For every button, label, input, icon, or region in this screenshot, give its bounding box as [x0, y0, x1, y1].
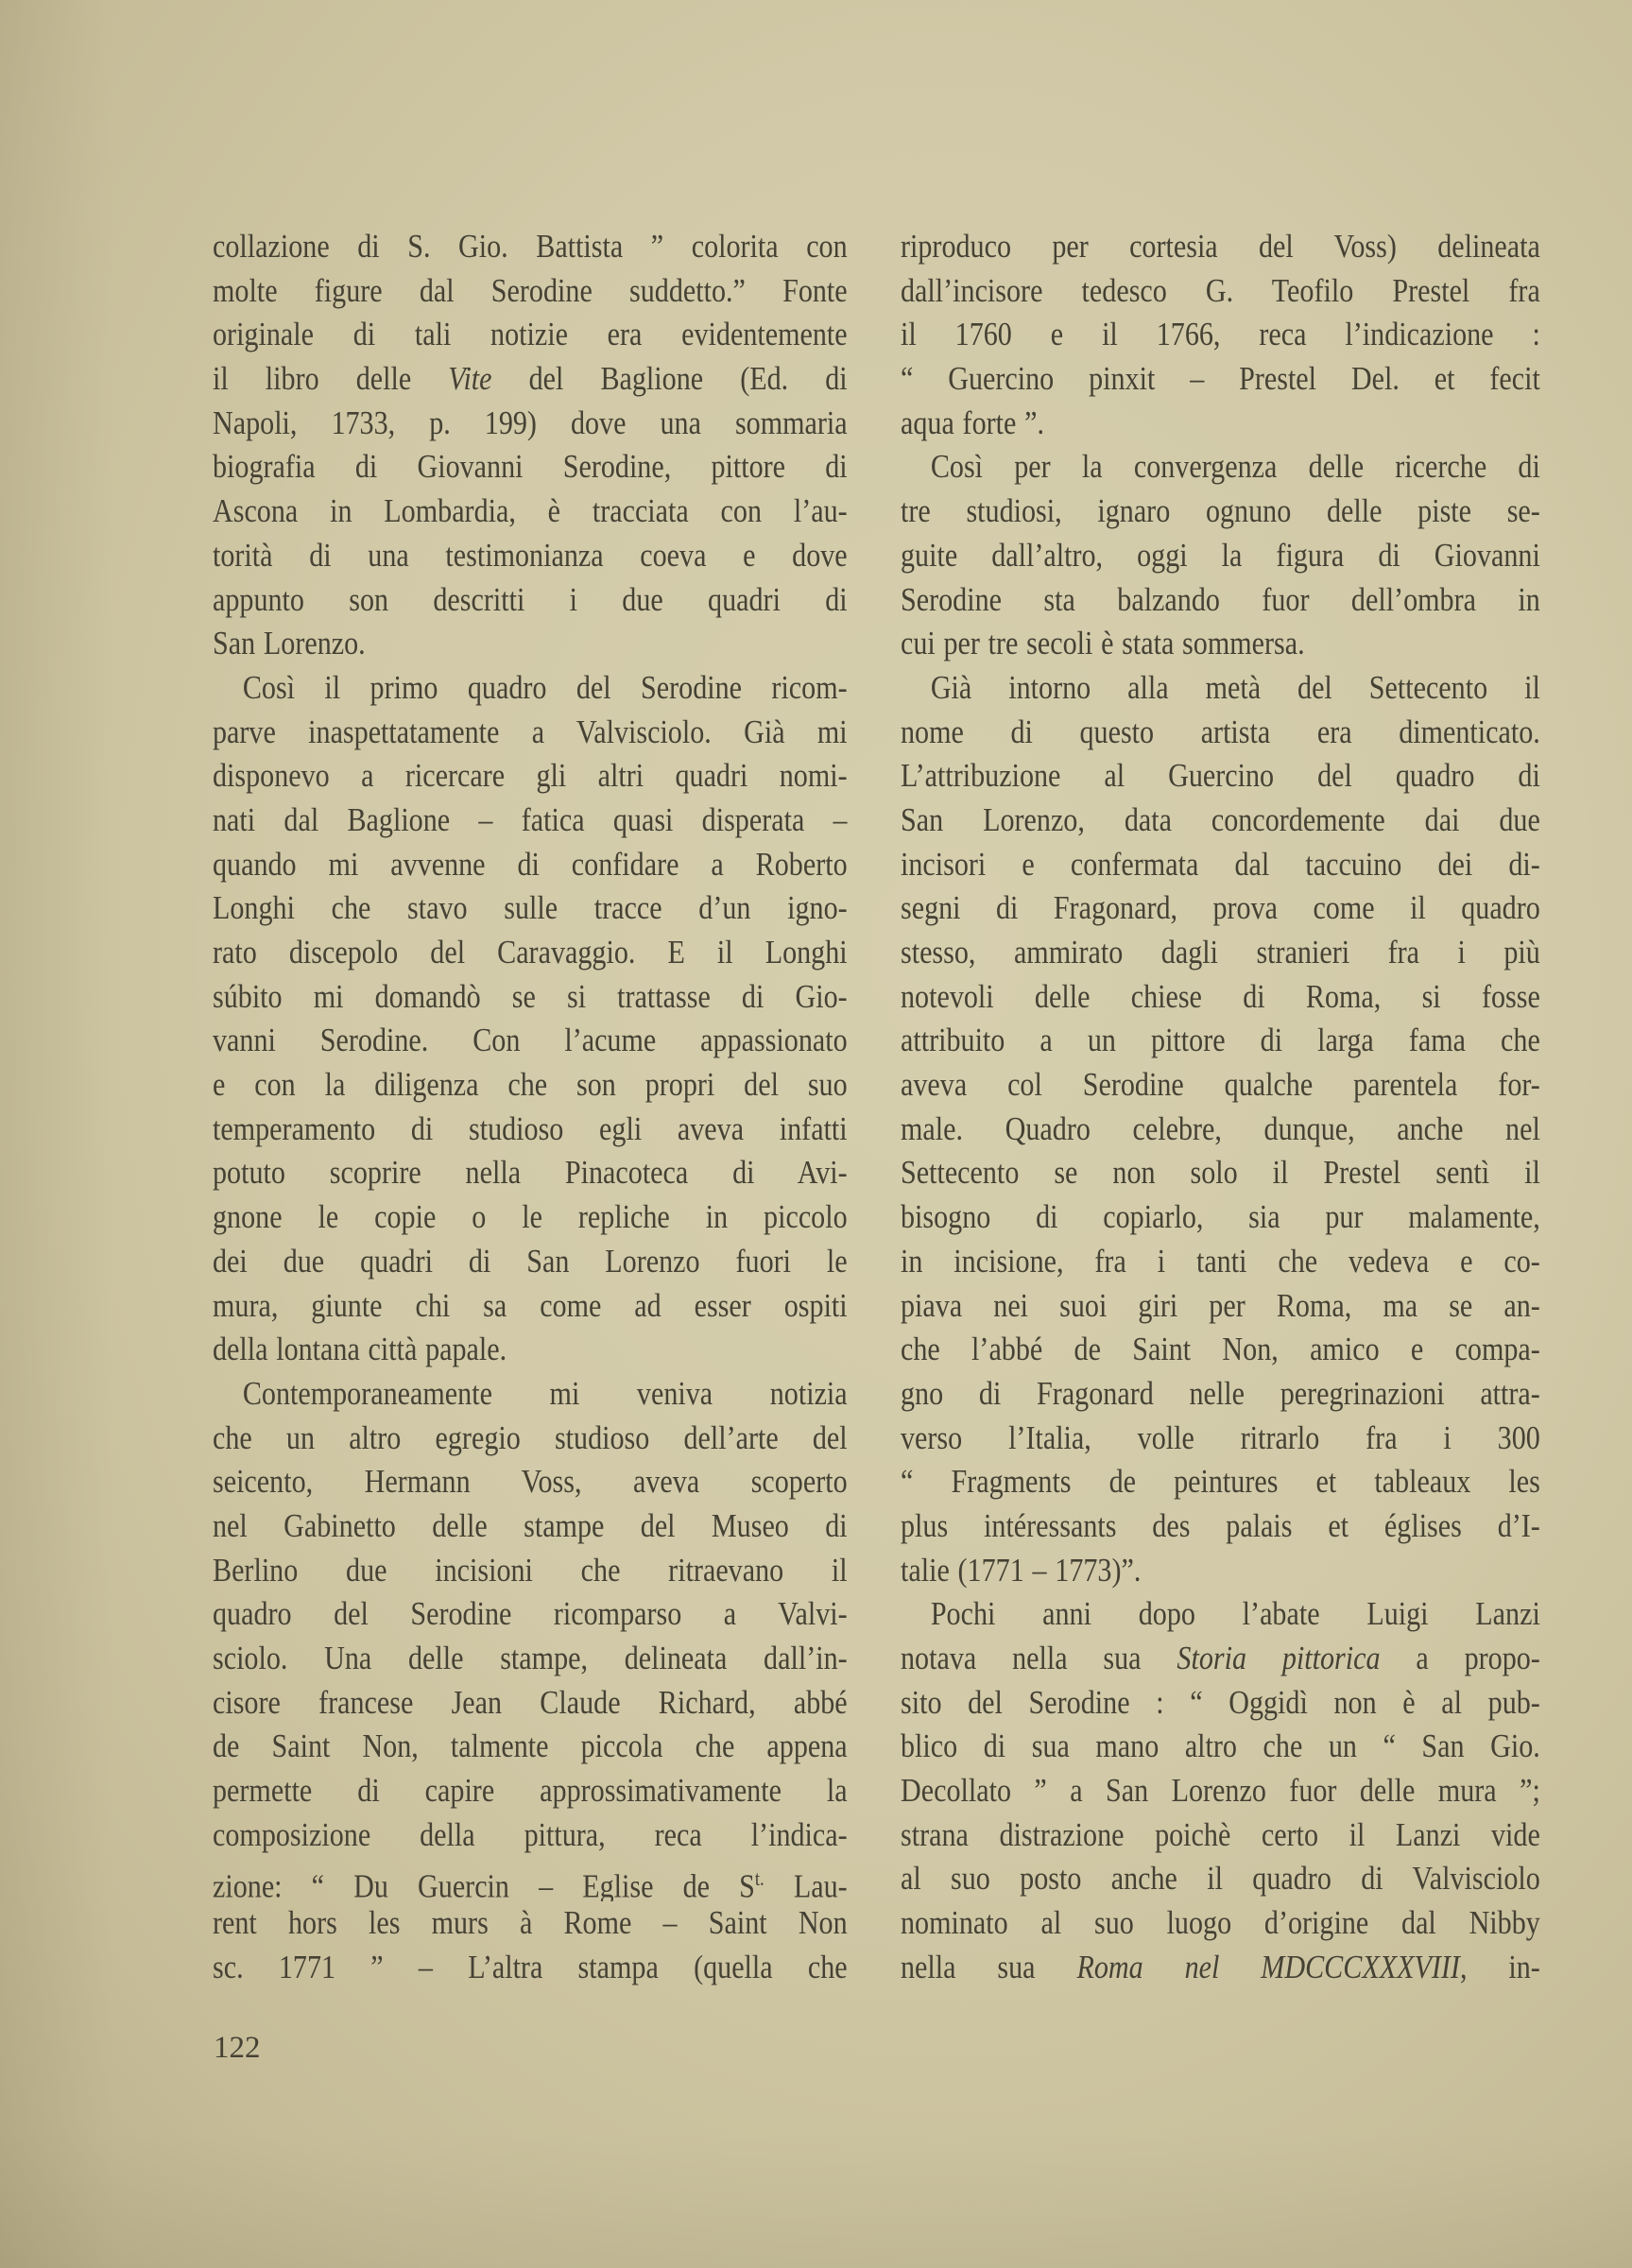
text-line: piava nei suoi giri per Roma, ma se an-	[901, 1284, 1540, 1329]
text-line: gno di Fragonard nelle peregrinazioni at…	[901, 1372, 1540, 1417]
italic-text: Storia pittorica	[1177, 1640, 1380, 1676]
text-line: sito del Serodine : “ Oggidì non è al pu…	[901, 1681, 1540, 1726]
body-text: Contemporaneamente mi veniva notizia	[243, 1375, 848, 1412]
body-text: Napoli, 1733, p. 199) dove una sommaria	[213, 404, 848, 441]
text-line: Longhi che stavo sulle tracce d’un igno-	[213, 886, 848, 931]
book-page: collazione di S. Gio. Battista ” colorit…	[0, 0, 1632, 2268]
text-line: riproduco per cortesia del Voss) delinea…	[901, 225, 1540, 269]
body-text: attribuito a un pittore di larga fama ch…	[901, 1022, 1540, 1058]
page-number: 122	[214, 2031, 261, 2066]
body-text: dei due quadri di San Lorenzo fuori le	[213, 1243, 848, 1280]
text-line: nel Gabinetto delle stampe del Museo di	[213, 1504, 848, 1549]
body-text: che un altro egregio studioso dell’arte …	[213, 1419, 848, 1456]
text-line: il libro delle Vite del Baglione (Ed. di	[213, 357, 848, 402]
body-text: zione: “ Du Guercin – Eglise de S	[213, 1868, 755, 1901]
body-text: quando mi avvenne di confidare a Roberto	[213, 846, 848, 883]
body-text: sc. 1771 ” – L’altra stampa (quella che	[213, 1949, 848, 1985]
text-line: zione: “ Du Guercin – Eglise de St. Lau-	[213, 1857, 848, 1901]
superscript-text: t.	[755, 1867, 764, 1890]
body-text: Ascona in Lombardia, è tracciata con l’a…	[213, 492, 848, 529]
body-text: “ Guercino pinxit – Prestel Del. et feci…	[901, 360, 1540, 397]
text-line: originale di tali notizie era evidenteme…	[213, 313, 848, 357]
text-line: torità di una testimonianza coeva e dove	[213, 534, 848, 578]
body-text: , in-	[1460, 1949, 1540, 1985]
body-text: in incisione, fra i tanti che vedeva e c…	[901, 1243, 1540, 1280]
text-line: San Lorenzo.	[213, 622, 848, 666]
text-line: rato discepolo del Caravaggio. E il Long…	[213, 931, 848, 975]
text-line: notava nella sua Storia pittorica a prop…	[901, 1637, 1540, 1681]
body-text: San Lorenzo.	[213, 625, 366, 661]
text-line: rent hors les murs à Rome – Saint Non	[213, 1901, 848, 1946]
text-line: quando mi avvenne di confidare a Roberto	[213, 843, 848, 887]
text-line: gnone le copie o le repliche in piccolo	[213, 1195, 848, 1240]
text-line: biografia di Giovanni Serodine, pittore …	[213, 445, 848, 490]
body-text: tre studiosi, ignaro ognuno delle piste …	[901, 492, 1540, 529]
body-text: parve inaspettatamente a Valvisciolo. Gi…	[213, 713, 848, 750]
text-line: aveva col Serodine qualche parentela for…	[901, 1063, 1540, 1108]
text-line: e con la diligenza che son propri del su…	[213, 1063, 848, 1108]
body-text: mura, giunte chi sa come ad esser ospiti	[213, 1287, 848, 1324]
text-line: al suo posto anche il quadro di Valvisci…	[901, 1857, 1540, 1901]
body-text: Settecento se non solo il Prestel sentì …	[901, 1154, 1540, 1191]
text-line: dei due quadri di San Lorenzo fuori le	[213, 1240, 848, 1284]
text-line: strana distrazione poichè certo il Lanzi…	[901, 1813, 1540, 1858]
body-text: dall’incisore tedesco G. Teofilo Prestel…	[901, 272, 1540, 309]
body-text: Serodine sta balzando fuor dell’ombra in	[901, 581, 1540, 618]
body-text: a propo-	[1381, 1640, 1540, 1676]
text-line: plus intéressants des palais et églises …	[901, 1504, 1540, 1549]
body-text: riproduco per cortesia del Voss) delinea…	[901, 228, 1540, 265]
body-text: seicento, Hermann Voss, aveva scoperto	[213, 1463, 848, 1500]
body-text: della lontana città papale.	[213, 1331, 507, 1367]
text-line: Serodine sta balzando fuor dell’ombra in	[901, 578, 1540, 623]
text-line: quadro del Serodine ricomparso a Valvi-	[213, 1592, 848, 1637]
italic-text: Vite	[448, 360, 491, 397]
text-line: talie (1771 – 1773)”.	[901, 1549, 1540, 1593]
text-line: che un altro egregio studioso dell’arte …	[213, 1417, 848, 1461]
text-line: Contemporaneamente mi veniva notizia	[213, 1372, 848, 1417]
body-text: “ Fragments de peintures et tableaux les	[901, 1463, 1540, 1500]
body-text: verso l’Italia, volle ritrarlo fra i 300	[901, 1419, 1540, 1456]
body-text: gnone le copie o le repliche in piccolo	[213, 1198, 848, 1235]
text-line: molte figure dal Serodine suddetto.” Fon…	[213, 269, 848, 314]
text-line: parve inaspettatamente a Valvisciolo. Gi…	[213, 711, 848, 755]
text-line: Berlino due incisioni che ritraevano il	[213, 1549, 848, 1593]
text-line: sc. 1771 ” – L’altra stampa (quella che	[213, 1946, 848, 1990]
body-text: plus intéressants des palais et églises …	[901, 1507, 1540, 1544]
body-text: Già intorno alla metà del Settecento il	[931, 669, 1540, 706]
text-line: che l’abbé de Saint Non, amico e compa-	[901, 1328, 1540, 1372]
body-text: blico di sua mano altro che un “ San Gio…	[901, 1727, 1540, 1764]
body-text: Così per la convergenza delle ricerche d…	[931, 448, 1540, 485]
text-line: incisori e confermata dal taccuino dei d…	[901, 843, 1540, 887]
body-text: bisogno di copiarlo, sia pur malamente,	[901, 1198, 1540, 1235]
text-line: blico di sua mano altro che un “ San Gio…	[901, 1725, 1540, 1769]
text-line: attribuito a un pittore di larga fama ch…	[901, 1019, 1540, 1063]
text-line: mura, giunte chi sa come ad esser ospiti	[213, 1284, 848, 1329]
text-line: L’attribuzione al Guercino del quadro di	[901, 754, 1540, 799]
body-text: nome di questo artista era dimenticato.	[901, 713, 1540, 750]
right-text-column: riproduco per cortesia del Voss) delinea…	[901, 225, 1540, 1990]
body-text: Decollato ” a San Lorenzo fuor delle mur…	[901, 1772, 1540, 1809]
body-text: nominato al suo luogo d’origine dal Nibb…	[901, 1904, 1540, 1941]
body-text: strana distrazione poichè certo il Lanzi…	[901, 1816, 1540, 1853]
body-text: collazione di S. Gio. Battista ” colorit…	[213, 228, 848, 265]
text-line: de Saint Non, talmente piccola che appen…	[213, 1725, 848, 1769]
text-line: Ascona in Lombardia, è tracciata con l’a…	[213, 490, 848, 534]
text-line: Pochi anni dopo l’abate Luigi Lanzi	[901, 1592, 1540, 1637]
text-line: permette di capire approssimativamente l…	[213, 1769, 848, 1813]
body-text: Berlino due incisioni che ritraevano il	[213, 1552, 848, 1589]
text-line: nominato al suo luogo d’origine dal Nibb…	[901, 1901, 1540, 1946]
text-line: notevoli delle chiese di Roma, si fosse	[901, 975, 1540, 1020]
body-text: Così il primo quadro del Serodine ricom-	[243, 669, 848, 706]
text-line: dall’incisore tedesco G. Teofilo Prestel…	[901, 269, 1540, 314]
body-text: notevoli delle chiese di Roma, si fosse	[901, 978, 1540, 1015]
body-text: male. Quadro celebre, dunque, anche nel	[901, 1110, 1540, 1147]
body-text: disponevo a ricercare gli altri quadri n…	[213, 757, 848, 794]
text-line: collazione di S. Gio. Battista ” colorit…	[213, 225, 848, 269]
text-line: Settecento se non solo il Prestel sentì …	[901, 1151, 1540, 1195]
body-text: aqua forte ”.	[901, 404, 1044, 441]
text-line: aqua forte ”.	[901, 402, 1540, 446]
text-line: cisore francese Jean Claude Richard, abb…	[213, 1681, 848, 1726]
text-line: cui per tre secoli è stata sommersa.	[901, 622, 1540, 666]
body-text: Longhi che stavo sulle tracce d’un igno-	[213, 889, 848, 926]
text-line: “ Guercino pinxit – Prestel Del. et feci…	[901, 357, 1540, 402]
body-text: aveva col Serodine qualche parentela for…	[901, 1066, 1540, 1103]
body-text: gno di Fragonard nelle peregrinazioni at…	[901, 1375, 1540, 1412]
body-text: appunto son descritti i due quadri di	[213, 581, 848, 618]
text-line: stesso, ammirato dagli stranieri fra i p…	[901, 931, 1540, 975]
text-line: San Lorenzo, data concordemente dai due	[901, 799, 1540, 843]
body-text: stesso, ammirato dagli stranieri fra i p…	[901, 934, 1540, 971]
text-line: male. Quadro celebre, dunque, anche nel	[901, 1108, 1540, 1152]
text-line: sciolo. Una delle stampe, delineata dall…	[213, 1637, 848, 1681]
text-line: seicento, Hermann Voss, aveva scoperto	[213, 1460, 848, 1504]
text-line: nati dal Baglione – fatica quasi dispera…	[213, 799, 848, 843]
text-line: nella sua Roma nel MDCCCXXXVIII, in-	[901, 1946, 1540, 1990]
body-text: cisore francese Jean Claude Richard, abb…	[213, 1684, 848, 1721]
text-line: composizione della pittura, reca l’indic…	[213, 1813, 848, 1858]
text-line: bisogno di copiarlo, sia pur malamente,	[901, 1195, 1540, 1240]
body-text: súbito mi domandò se si trattasse di Gio…	[213, 978, 848, 1015]
body-text: Pochi anni dopo l’abate Luigi Lanzi	[931, 1595, 1540, 1632]
text-line: verso l’Italia, volle ritrarlo fra i 300	[901, 1417, 1540, 1461]
text-line: “ Fragments de peintures et tableaux les	[901, 1460, 1540, 1504]
body-text: notava nella sua	[901, 1640, 1177, 1676]
text-line: Napoli, 1733, p. 199) dove una sommaria	[213, 402, 848, 446]
text-line: della lontana città papale.	[213, 1328, 848, 1372]
body-text: il libro delle	[213, 360, 448, 397]
text-line: nome di questo artista era dimenticato.	[901, 711, 1540, 755]
body-text: nel Gabinetto delle stampe del Museo di	[213, 1507, 848, 1544]
body-text: piava nei suoi giri per Roma, ma se an-	[901, 1287, 1540, 1324]
body-text: che l’abbé de Saint Non, amico e compa-	[901, 1331, 1540, 1367]
body-text: molte figure dal Serodine suddetto.” Fon…	[213, 272, 848, 309]
text-line: temperamento di studioso egli aveva infa…	[213, 1108, 848, 1152]
body-text: potuto scoprire nella Pinacoteca di Avi-	[213, 1154, 848, 1191]
text-line: in incisione, fra i tanti che vedeva e c…	[901, 1240, 1540, 1284]
text-line: guite dall’altro, oggi la figura di Giov…	[901, 534, 1540, 578]
body-text: L’attribuzione al Guercino del quadro di	[901, 757, 1540, 794]
text-line: Così per la convergenza delle ricerche d…	[901, 445, 1540, 490]
text-line: potuto scoprire nella Pinacoteca di Avi-	[213, 1151, 848, 1195]
body-text: vanni Serodine. Con l’acume appassionato	[213, 1022, 848, 1058]
body-text: al suo posto anche il quadro di Valvisci…	[901, 1860, 1540, 1897]
text-line: Decollato ” a San Lorenzo fuor delle mur…	[901, 1769, 1540, 1813]
text-line: tre studiosi, ignaro ognuno delle piste …	[901, 490, 1540, 534]
text-line: il 1760 e il 1766, reca l’indicazione :	[901, 313, 1540, 357]
body-text: de Saint Non, talmente piccola che appen…	[213, 1727, 848, 1764]
body-text: e con la diligenza che son propri del su…	[213, 1066, 848, 1103]
body-text: rent hors les murs à Rome – Saint Non	[213, 1904, 848, 1941]
body-text: Lau-	[764, 1868, 848, 1901]
text-line: Già intorno alla metà del Settecento il	[901, 666, 1540, 711]
body-text: originale di tali notizie era evidenteme…	[213, 316, 848, 352]
text-line: segni di Fragonard, prova come il quadro	[901, 886, 1540, 931]
body-text: il 1760 e il 1766, reca l’indicazione :	[901, 316, 1540, 352]
body-text: sciolo. Una delle stampe, delineata dall…	[213, 1640, 848, 1676]
body-text: del Baglione (Ed. di	[492, 360, 848, 397]
body-text: biografia di Giovanni Serodine, pittore …	[213, 448, 848, 485]
body-text: cui per tre secoli è stata sommersa.	[901, 625, 1305, 661]
text-line: Così il primo quadro del Serodine ricom-	[213, 666, 848, 711]
left-text-column: collazione di S. Gio. Battista ” colorit…	[213, 225, 848, 1990]
body-text: torità di una testimonianza coeva e dove	[213, 537, 848, 574]
italic-text: Roma nel MDCCCXXXVIII	[1076, 1949, 1459, 1985]
body-text: talie (1771 – 1773)”.	[901, 1552, 1141, 1589]
body-text: guite dall’altro, oggi la figura di Giov…	[901, 537, 1540, 574]
text-line: appunto son descritti i due quadri di	[213, 578, 848, 623]
body-text: incisori e confermata dal taccuino dei d…	[901, 846, 1540, 883]
body-text: temperamento di studioso egli aveva infa…	[213, 1110, 848, 1147]
body-text: rato discepolo del Caravaggio. E il Long…	[213, 934, 848, 971]
body-text: permette di capire approssimativamente l…	[213, 1772, 848, 1809]
body-text: composizione della pittura, reca l’indic…	[213, 1816, 848, 1853]
text-line: disponevo a ricercare gli altri quadri n…	[213, 754, 848, 799]
body-text: sito del Serodine : “ Oggidì non è al pu…	[901, 1684, 1540, 1721]
body-text: segni di Fragonard, prova come il quadro	[901, 889, 1540, 926]
body-text: nati dal Baglione – fatica quasi dispera…	[213, 801, 848, 838]
body-text: quadro del Serodine ricomparso a Valvi-	[213, 1595, 848, 1632]
body-text: San Lorenzo, data concordemente dai due	[901, 801, 1540, 838]
text-line: súbito mi domandò se si trattasse di Gio…	[213, 975, 848, 1020]
body-text: nella sua	[901, 1949, 1076, 1985]
text-line: vanni Serodine. Con l’acume appassionato	[213, 1019, 848, 1063]
